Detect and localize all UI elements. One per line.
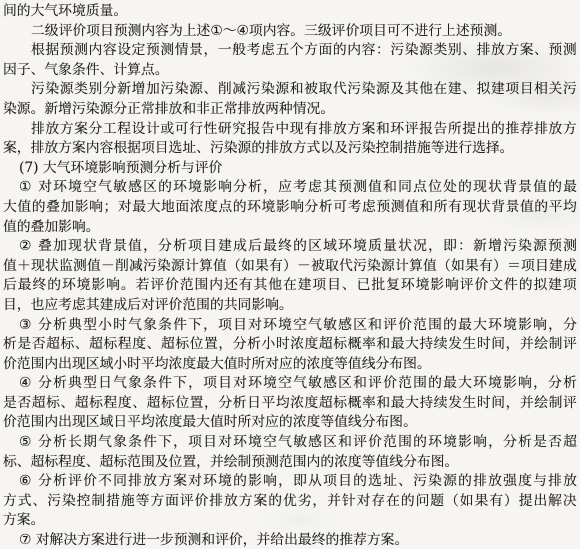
text-line: 目，也应考虑其建成后对评价范围的共同影响。 xyxy=(3,296,577,316)
text-line: 价范围内出现区域小时平均浓度最大值时所对应的浓度等值线分布图。 xyxy=(3,355,577,375)
text-line: 染源。新增污染源分正常排放和非正常排放两种情况。 xyxy=(3,100,577,120)
text-line: 值＋现状监测值－削减污染源计算值（如果有）－被取代污染源计算值（如果有）＝项目建… xyxy=(3,257,577,277)
text-line: ③ 分析典型小时气象条件下，项目对环境空气敏感区和评价范围的最大环境影响，分 xyxy=(3,316,577,336)
text-line: 后最终的环境影响。若评价范围内还有其他在建项目、已批复环境影响评价文件的拟建项 xyxy=(3,276,577,296)
text-line: 大值的叠加影响；对最大地面浓度点的环境影响分析可考虑预测值和所有现状背景值的平均 xyxy=(3,198,577,218)
text-line: ⑤ 分析长期气象条件下，项目对环境空气敏感区和评价范围的环境影响，分析是否超 xyxy=(3,433,577,453)
text-line: 析是否超标、超标程度、超标位置，分析小时浓度超标概率和最大持续发生时间，并绘制评 xyxy=(3,335,577,355)
text-line: 二级评价项目预测内容为上述①～④项内容。三级评价项目可不进行上述预测。 xyxy=(3,22,577,42)
text-line: 间的大气环境质量。 xyxy=(3,2,577,22)
text-line: 排放方案分工程设计或可行性研究报告中现有排放方案和环评报告所提出的推荐排放方 xyxy=(3,120,577,140)
scanned-document-page: 间的大气环境质量。二级评价项目预测内容为上述①～④项内容。三级评价项目可不进行上… xyxy=(0,0,580,549)
text-line: ⑥ 分析评价不同排放方案对环境的影响，即从项目的选址、污染源的排放强度与排放 xyxy=(3,472,577,492)
text-line: 值的叠加影响。 xyxy=(3,218,577,238)
text-line: 方式、污染控制措施等方面评价排放方案的优劣，并针对存在的问题（如果有）提出解决 xyxy=(3,492,577,512)
text-line: ① 对环境空气敏感区的环境影响分析，应考虑其预测值和同点位处的现状背景值的最 xyxy=(3,178,577,198)
text-line: 因子、气象条件、计算点。 xyxy=(3,61,577,81)
text-line: 是否超标、超标程度、超标位置，分析日平均浓度超标概率和最大持续发生时间，并绘制评 xyxy=(3,394,577,414)
text-line: 价范围内出现区域日平均浓度最大值时所对应的浓度等值线分布图。 xyxy=(3,413,577,433)
text-block: 间的大气环境质量。二级评价项目预测内容为上述①～④项内容。三级评价项目可不进行上… xyxy=(3,2,577,549)
text-line: 案，排放方案内容根据项目选址、污染源的排放方式以及污染控制措施等进行选择。 xyxy=(3,139,577,159)
text-line: 标、超标程度、超标范围及位置，并绘制预测范围内的浓度等值线分布图。 xyxy=(3,453,577,473)
text-line: 根据预测内容设定预测情景，一般考虑五个方面的内容：污染源类别、排放方案、预测 xyxy=(3,41,577,61)
text-line: 方案。 xyxy=(3,511,577,531)
text-line: ② 叠加现状背景值，分析项目建成后最终的区域环境质量状况，即：新增污染源预测 xyxy=(3,237,577,257)
text-line: (7) 大气环境影响预测分析与评价 xyxy=(3,159,577,179)
text-line: ⑦ 对解决方案进行进一步预测和评价，并给出最终的推荐方案。 xyxy=(3,531,577,549)
text-line: ④ 分析典型日气象条件下，项目对环境空气敏感区和评价范围的最大环境影响，分析 xyxy=(3,374,577,394)
text-line: 污染源类别分新增加污染源、削减污染源和被取代污染源及其他在建、拟建项目相关污 xyxy=(3,80,577,100)
